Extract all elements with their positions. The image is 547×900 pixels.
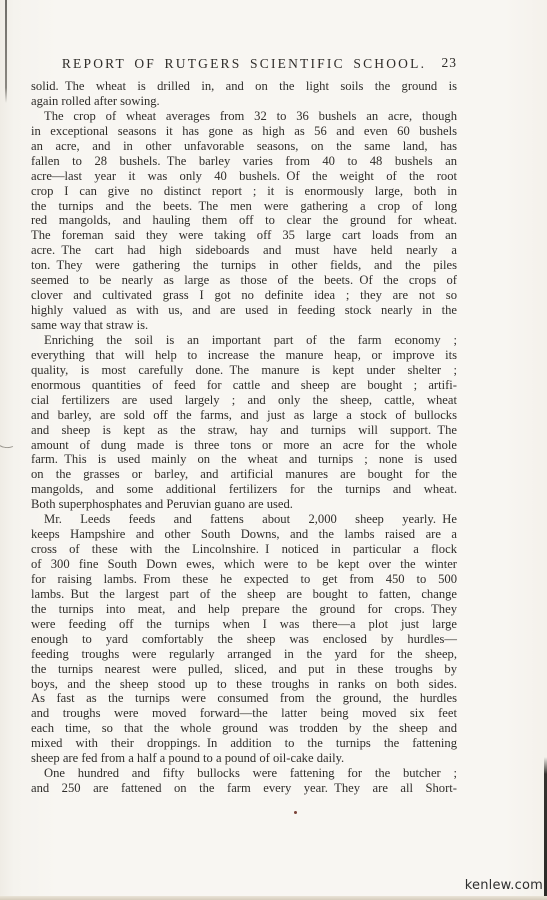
text-line: enormous quantities of feed for cattle a… — [31, 378, 457, 393]
text-line: the turnips and the beets. The men were … — [31, 199, 457, 214]
text-line: mangolds, and some additional fertilizer… — [31, 482, 457, 497]
text-line: One hundred and fifty bullocks were fatt… — [31, 766, 457, 781]
paragraph: One hundred and fifty bullocks were fatt… — [31, 766, 457, 796]
text-line: and sheep is kept as the straw, hay and … — [31, 423, 457, 438]
text-line: everything that will help to increase th… — [31, 348, 457, 363]
text-line: same way that straw is. — [31, 318, 457, 333]
text-line: quality, is most carefully done. The man… — [31, 363, 457, 378]
page-number: 23 — [442, 55, 458, 71]
text-line: in exceptional seasons it has gone as hi… — [31, 124, 457, 139]
text-line: for raising lambs. From these he expecte… — [31, 572, 457, 587]
text-line: and 250 are fattened on the farm every y… — [31, 781, 457, 796]
book-page: REPORT OF RUTGERS SCIENTIFIC SCHOOL. 23 … — [0, 0, 547, 900]
text-line: boys, and the sheep stood up to these tr… — [31, 677, 457, 692]
text-line: mixed with their droppings. In addition … — [31, 736, 457, 751]
text-line: clover and cultivated grass I got no def… — [31, 288, 457, 303]
text-line: seemed to be nearly as large as those of… — [31, 273, 457, 288]
text-line: farm. This is used mainly on the wheat a… — [31, 452, 457, 467]
ink-speck — [294, 811, 297, 814]
body-text: solid. The wheat is drilled in, and on t… — [31, 79, 457, 796]
scan-smudge-mark — [0, 435, 17, 450]
text-line: solid. The wheat is drilled in, and on t… — [31, 79, 457, 94]
text-line: highly valued as with us, and are used i… — [31, 303, 457, 318]
text-line: the turnips nearest were pulled, sliced,… — [31, 662, 457, 677]
text-line: feeding troughs were regularly arranged … — [31, 647, 457, 662]
text-line: Mr. Leeds feeds and fattens about 2,000 … — [31, 512, 457, 527]
paragraph: The crop of wheat averages from 32 to 36… — [31, 109, 457, 333]
watermark-text: kenlew.com — [465, 878, 543, 893]
text-line: keeps Hampshire and other South Downs, a… — [31, 527, 457, 542]
text-line: ton. They were gathering the turnips in … — [31, 258, 457, 273]
paragraph: Enriching the soil is an important part … — [31, 333, 457, 512]
paragraph: solid. The wheat is drilled in, and on t… — [31, 79, 457, 109]
text-line: Enriching the soil is an important part … — [31, 333, 457, 348]
text-line: and troughs were moved forward—the latte… — [31, 706, 457, 721]
text-line: an acre, and in other unfavorable season… — [31, 139, 457, 154]
text-line: cial fertilizers are used largely ; and … — [31, 393, 457, 408]
paragraph: Mr. Leeds feeds and fattens about 2,000 … — [31, 512, 457, 766]
page-header: REPORT OF RUTGERS SCIENTIFIC SCHOOL. 23 — [31, 55, 457, 73]
text-line: were feeding off the turnips when I was … — [31, 617, 457, 632]
text-line: of 300 fine South Down ewes, which were … — [31, 557, 457, 572]
text-line: cross of these with the Lincolnshire. I … — [31, 542, 457, 557]
text-line: acre. The cart had high sideboards and m… — [31, 243, 457, 258]
scan-edge-artifact-left — [5, 0, 7, 103]
text-line: fallen to 28 bushels. The barley varies … — [31, 154, 457, 169]
text-line: crop I can give no distinct report ; it … — [31, 184, 457, 199]
text-line: red mangolds, and hauling them off to cl… — [31, 213, 457, 228]
text-line: on the grasses or barley, and artificial… — [31, 467, 457, 482]
text-line: again rolled after sowing. — [31, 94, 457, 109]
text-line: lambs. But the largest part of the sheep… — [31, 587, 457, 602]
text-line: the turnips into meat, and help prepare … — [31, 602, 457, 617]
text-line: and barley, are sold off the farms, and … — [31, 408, 457, 423]
running-title: REPORT OF RUTGERS SCIENTIFIC SCHOOL. — [62, 56, 426, 71]
text-line: each time, so that the whole ground was … — [31, 721, 457, 736]
text-line: Both superphosphates and Peruvian guano … — [31, 497, 457, 512]
text-line: amount of dung made is three tons or mor… — [31, 438, 457, 453]
text-line: The crop of wheat averages from 32 to 36… — [31, 109, 457, 124]
text-line: sheep are fed from a half a pound to a p… — [31, 751, 457, 766]
text-line: acre—last year it was only 40 bushels. O… — [31, 169, 457, 184]
text-line: enough to yard comfortably the sheep was… — [31, 632, 457, 647]
text-line: As fast as the turnips were consumed fro… — [31, 691, 457, 706]
text-line: The foreman said they were taking off 35… — [31, 228, 457, 243]
scan-edge-bottom — [0, 896, 547, 900]
